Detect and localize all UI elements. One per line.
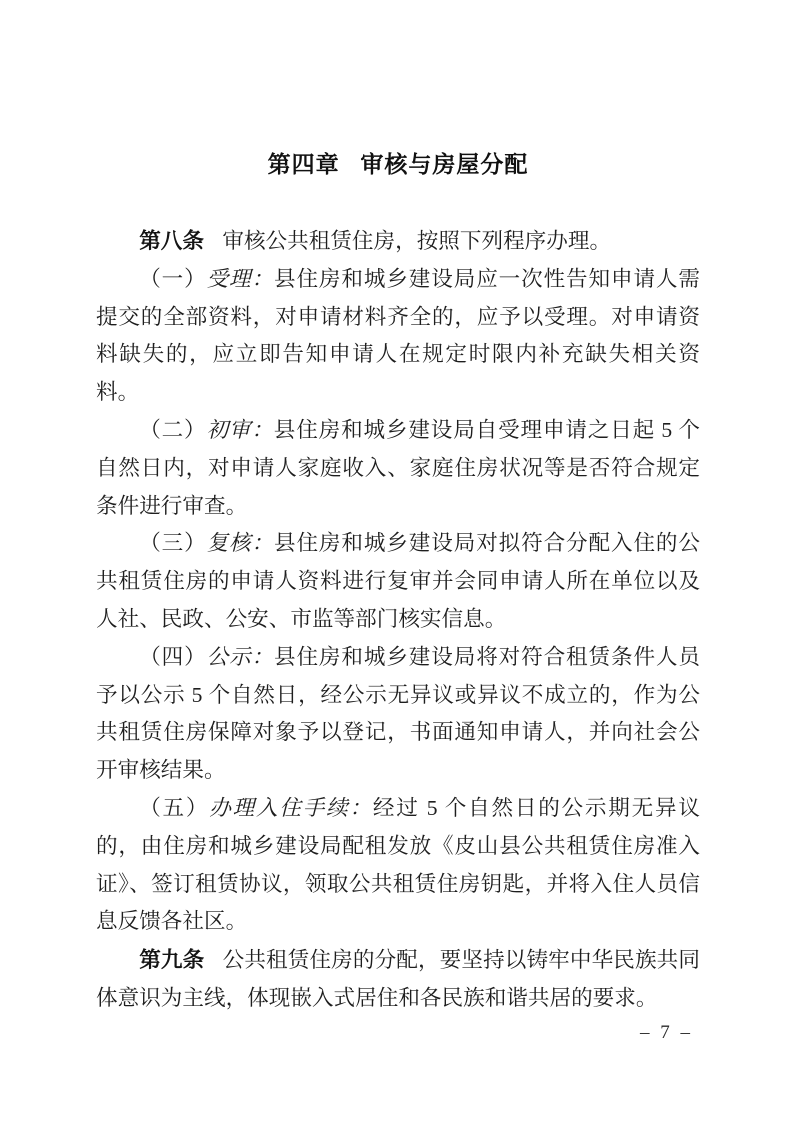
item-3-number: （三） bbox=[139, 531, 206, 555]
item-4-paragraph: （四）公示：县住房和城乡建设局将对符合租赁条件人员予以公示 5 个自然日，经公示… bbox=[96, 639, 700, 790]
item-1-number: （一） bbox=[139, 267, 206, 291]
item-2-term: 初审： bbox=[206, 418, 273, 442]
item-3-term: 复核： bbox=[207, 531, 274, 555]
article-8-label: 第八条 bbox=[139, 228, 204, 253]
article-8-text: 审核公共租赁住房，按照下列程序办理。 bbox=[222, 229, 611, 253]
item-4-number: （四） bbox=[139, 645, 206, 669]
item-5-number: （五） bbox=[139, 796, 209, 820]
item-4-term: 公示： bbox=[207, 645, 274, 669]
item-3-paragraph: （三）复核：县住房和城乡建设局对拟符合分配入住的公共租赁住房的申请人资料进行复审… bbox=[96, 525, 700, 638]
article-9-paragraph: 第九条公共租赁住房的分配，要坚持以铸牢中华民族共同体意识为主线，体现嵌入式居住和… bbox=[96, 941, 700, 1018]
chapter-number: 第四章 bbox=[268, 151, 340, 177]
chapter-name: 审核与房屋分配 bbox=[360, 151, 528, 177]
article-9-label: 第九条 bbox=[139, 947, 204, 972]
chapter-title: 第四章审核与房屋分配 bbox=[96, 148, 700, 180]
document-body: 第八条审核公共租赁住房，按照下列程序办理。 （一）受理：县住房和城乡建设局应一次… bbox=[96, 222, 700, 1018]
item-2-paragraph: （二）初审：县住房和城乡建设局自受理申请之日起 5 个自然日内，对申请人家庭收入… bbox=[96, 412, 700, 525]
item-2-number: （二） bbox=[139, 418, 206, 442]
item-1-paragraph: （一）受理：县住房和城乡建设局应一次性告知申请人需提交的全部资料，对申请材料齐全… bbox=[96, 261, 700, 412]
item-5-paragraph: （五）办理入住手续：经过 5 个自然日的公示期无异议的，由住房和城乡建设局配租发… bbox=[96, 790, 700, 941]
article-8-paragraph: 第八条审核公共租赁住房，按照下列程序办理。 bbox=[96, 222, 700, 261]
document-page: 第四章审核与房屋分配 第八条审核公共租赁住房，按照下列程序办理。 （一）受理：县… bbox=[0, 0, 793, 1122]
page-number: – 7 – bbox=[640, 1022, 693, 1044]
item-1-term: 受理： bbox=[207, 267, 274, 291]
item-5-term: 办理入住手续： bbox=[209, 796, 373, 820]
